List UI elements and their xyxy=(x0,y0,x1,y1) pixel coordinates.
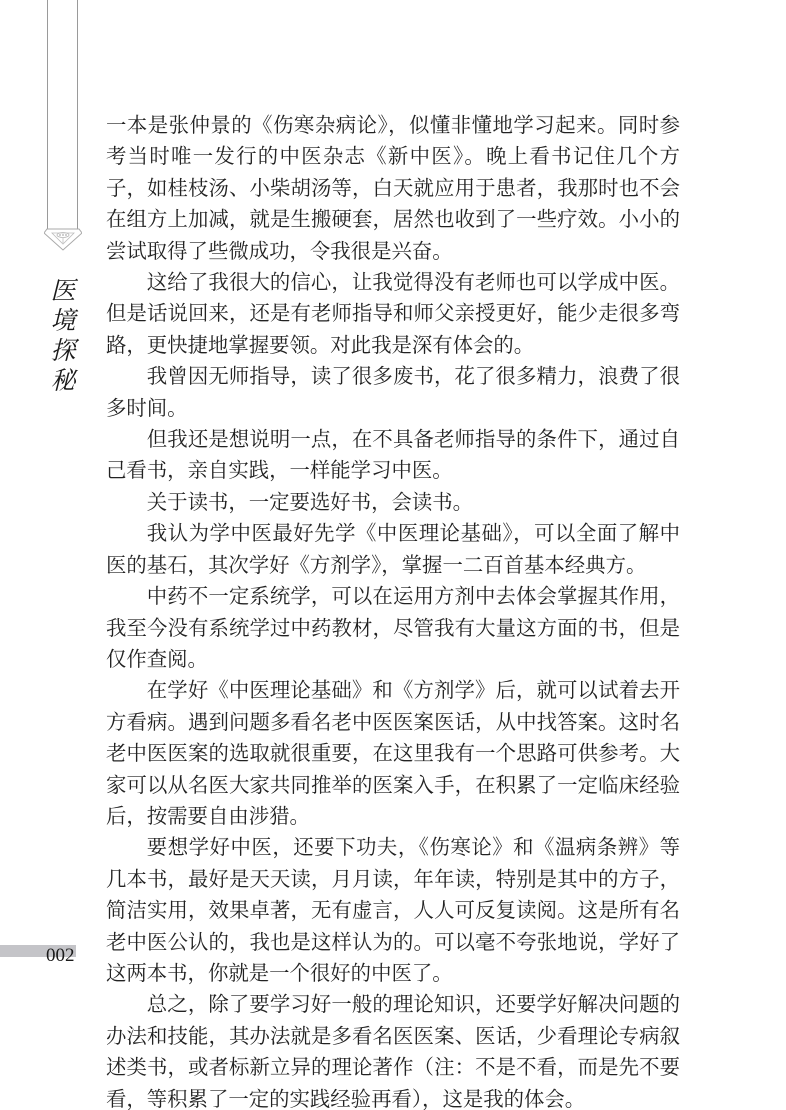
paragraph: 关于读书，一定要选好书，会读书。 xyxy=(106,487,680,518)
running-title-char: 医 xyxy=(50,276,75,306)
gem-ornament-icon xyxy=(44,224,82,252)
paragraph: 这给了我很大的信心，让我觉得没有老师也可以学成中医。但是话说回来，还是有老师指导… xyxy=(106,267,680,361)
running-title-char: 秘 xyxy=(50,366,75,396)
body-text: 一本是张仲景的《伤寒杂病论》，似懂非懂地学习起来。同时参考当时唯一发行的中医杂志… xyxy=(106,110,680,1110)
page-number: 002 xyxy=(46,945,75,967)
running-title: 医 境 探 秘 xyxy=(46,276,80,396)
running-title-char: 探 xyxy=(50,336,75,366)
paragraph: 总之，除了要学习好一般的理论知识，还要学好解决问题的办法和技能，其办法就是多看名… xyxy=(106,989,680,1110)
running-title-char: 境 xyxy=(50,306,75,336)
side-frame-lines xyxy=(47,0,78,229)
paragraph: 但我还是想说明一点，在不具备老师指导的条件下，通过自己看书，亲自实践，一样能学习… xyxy=(106,424,680,487)
paragraph: 一本是张仲景的《伤寒杂病论》，似懂非懂地学习起来。同时参考当时唯一发行的中医杂志… xyxy=(106,110,680,267)
paragraph: 我认为学中医最好先学《中医理论基础》，可以全面了解中医的基石，其次学好《方剂学》… xyxy=(106,518,680,581)
paragraph: 在学好《中医理论基础》和《方剂学》后，就可以试着去开方看病。遇到问题多看名老中医… xyxy=(106,675,680,832)
paragraph: 中药不一定系统学，可以在运用方剂中去体会掌握其作用，我至今没有系统学过中药教材，… xyxy=(106,581,680,675)
paragraph: 我曾因无师指导，读了很多废书，花了很多精力，浪费了很多时间。 xyxy=(106,361,680,424)
paragraph: 要想学好中医，还要下功夫，《伤寒论》和《温病条辨》等几本书，最好是天天读，月月读… xyxy=(106,832,680,989)
